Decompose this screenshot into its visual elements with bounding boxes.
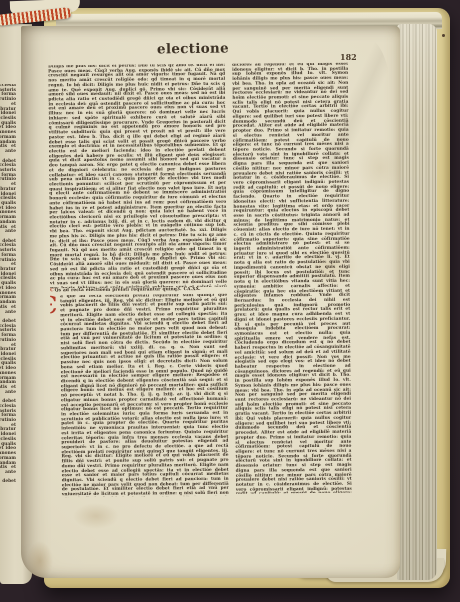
folio-number: 182 [340,52,357,62]
text-column-left: Diligis me plus his: dicit ei petrus: Dñ… [48,64,229,500]
page-stain [73,503,119,529]
chapter-text: a que ad rectā electiōem prelati requirū… [60,294,229,498]
text-column-right: diciores ad regendū: et eū qui magis ess… [232,63,352,494]
rubric-text: Qs ad rectā electiōem prelati requirantu… [55,287,201,293]
cover-speck [442,34,445,37]
facing-page-text-clip: tatis et merito ecclesia dei regimen pas… [0,84,17,484]
paragraph: Diligis me plus his: dicit ei petrus: Dñ… [48,64,227,289]
two-column-text-block: Diligis me plus his: dicit ei petrus: Dñ… [48,63,352,500]
fore-edge-page-stack [397,24,437,580]
recto-page: electione 182 Diligis me plus his: dicit… [21,26,400,578]
rubricated-initial-E: Є [50,295,58,315]
rubric-paragraph-mark: C [50,288,54,293]
chapter-paragraph: Єa que ad rectā electiōem prelati requir… [50,294,229,498]
photograph-of-open-incunabulum: tatis et merito ecclesia dei regimen pas… [0,0,460,602]
running-header-title: electione [157,41,229,56]
facing-page-text: tatis et merito ecclesia dei regimen pas… [0,84,16,484]
